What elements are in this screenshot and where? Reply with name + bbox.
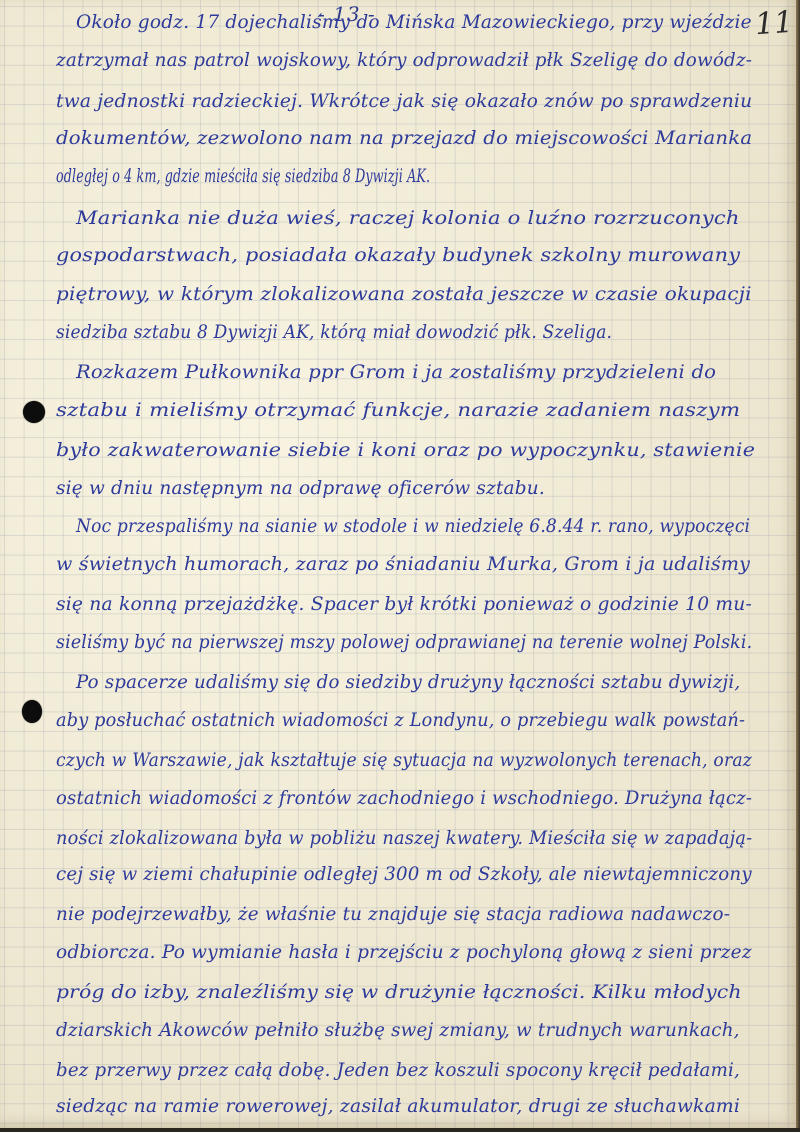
text-line: cej się w ziemi chałupinie odległej 300 …	[56, 864, 752, 885]
text-line: odbiorcza. Po wymianie hasła i przejściu…	[56, 942, 752, 963]
text-line: zatrzymał nas patrol wojskowy, który odp…	[56, 50, 752, 71]
text-line: twa jednostki radzieckiej. Wkrótce jak s…	[56, 91, 752, 112]
text-line: Rozkazem Pułkownika ppr Grom i ja zostal…	[76, 362, 716, 383]
text-line: siedziba sztabu 8 Dywizji AK, którą miał…	[56, 322, 612, 343]
text-line: piętrowy, w którym zlokalizowana została…	[56, 284, 752, 305]
text-line: gospodarstwach, posiadała okazały budyne…	[56, 245, 740, 266]
text-line: próg do izby, znaleźliśmy się w drużynie…	[56, 982, 742, 1003]
text-line: dokumentów, zezwolono nam na przejazd do…	[56, 128, 752, 149]
text-line: odległej o 4 km, gdzie mieściła się sied…	[56, 166, 430, 187]
sheet-number: 11	[754, 5, 795, 43]
text-line: Marianka nie duża wieś, raczej kolonia o…	[76, 208, 740, 229]
page-edge	[0, 1128, 800, 1132]
text-line: sieliśmy być na pierwszej mszy polowej o…	[56, 632, 752, 653]
text-line: ostatnich wiadomości z frontów zachodnie…	[56, 788, 752, 809]
text-line: w świetnych humorach, zaraz po śniadaniu…	[56, 554, 750, 575]
text-line: sztabu i mieliśmy otrzymać funkcje, nara…	[56, 400, 740, 421]
text-line: bez przerwy przez całą dobę. Jeden bez k…	[56, 1060, 740, 1081]
text-line: się w dniu następnym na odprawę oficerów…	[56, 478, 545, 499]
punch-hole	[22, 700, 42, 723]
text-line: siedząc na ramie rowerowej, zasilał akum…	[56, 1096, 740, 1117]
text-line: się na konną przejażdżkę. Spacer był kró…	[56, 594, 752, 615]
notebook-page: - 13 - 11 Około godz. 17 dojechaliśmy do…	[0, 0, 796, 1128]
text-line: Około godz. 17 dojechaliśmy do Mińska Ma…	[76, 12, 752, 33]
punch-hole	[23, 401, 45, 423]
text-line: nie podejrzewałby, że właśnie tu znajduj…	[56, 904, 730, 925]
text-line: Noc przespaliśmy na sianie w stodole i w…	[76, 516, 750, 537]
text-line: ności zlokalizowana była w pobliżu nasze…	[56, 828, 752, 849]
text-line: czych w Warszawie, jak kształtuje się sy…	[56, 750, 752, 771]
text-line: aby posłuchać ostatnich wiadomości z Lon…	[56, 710, 745, 731]
page-edge	[796, 0, 800, 1132]
text-line: dziarskich Akowców pełniło służbę swej z…	[56, 1020, 740, 1041]
text-line: było zakwaterowanie siebie i koni oraz p…	[56, 440, 755, 461]
text-line: Po spacerze udaliśmy się do siedziby dru…	[76, 672, 740, 693]
